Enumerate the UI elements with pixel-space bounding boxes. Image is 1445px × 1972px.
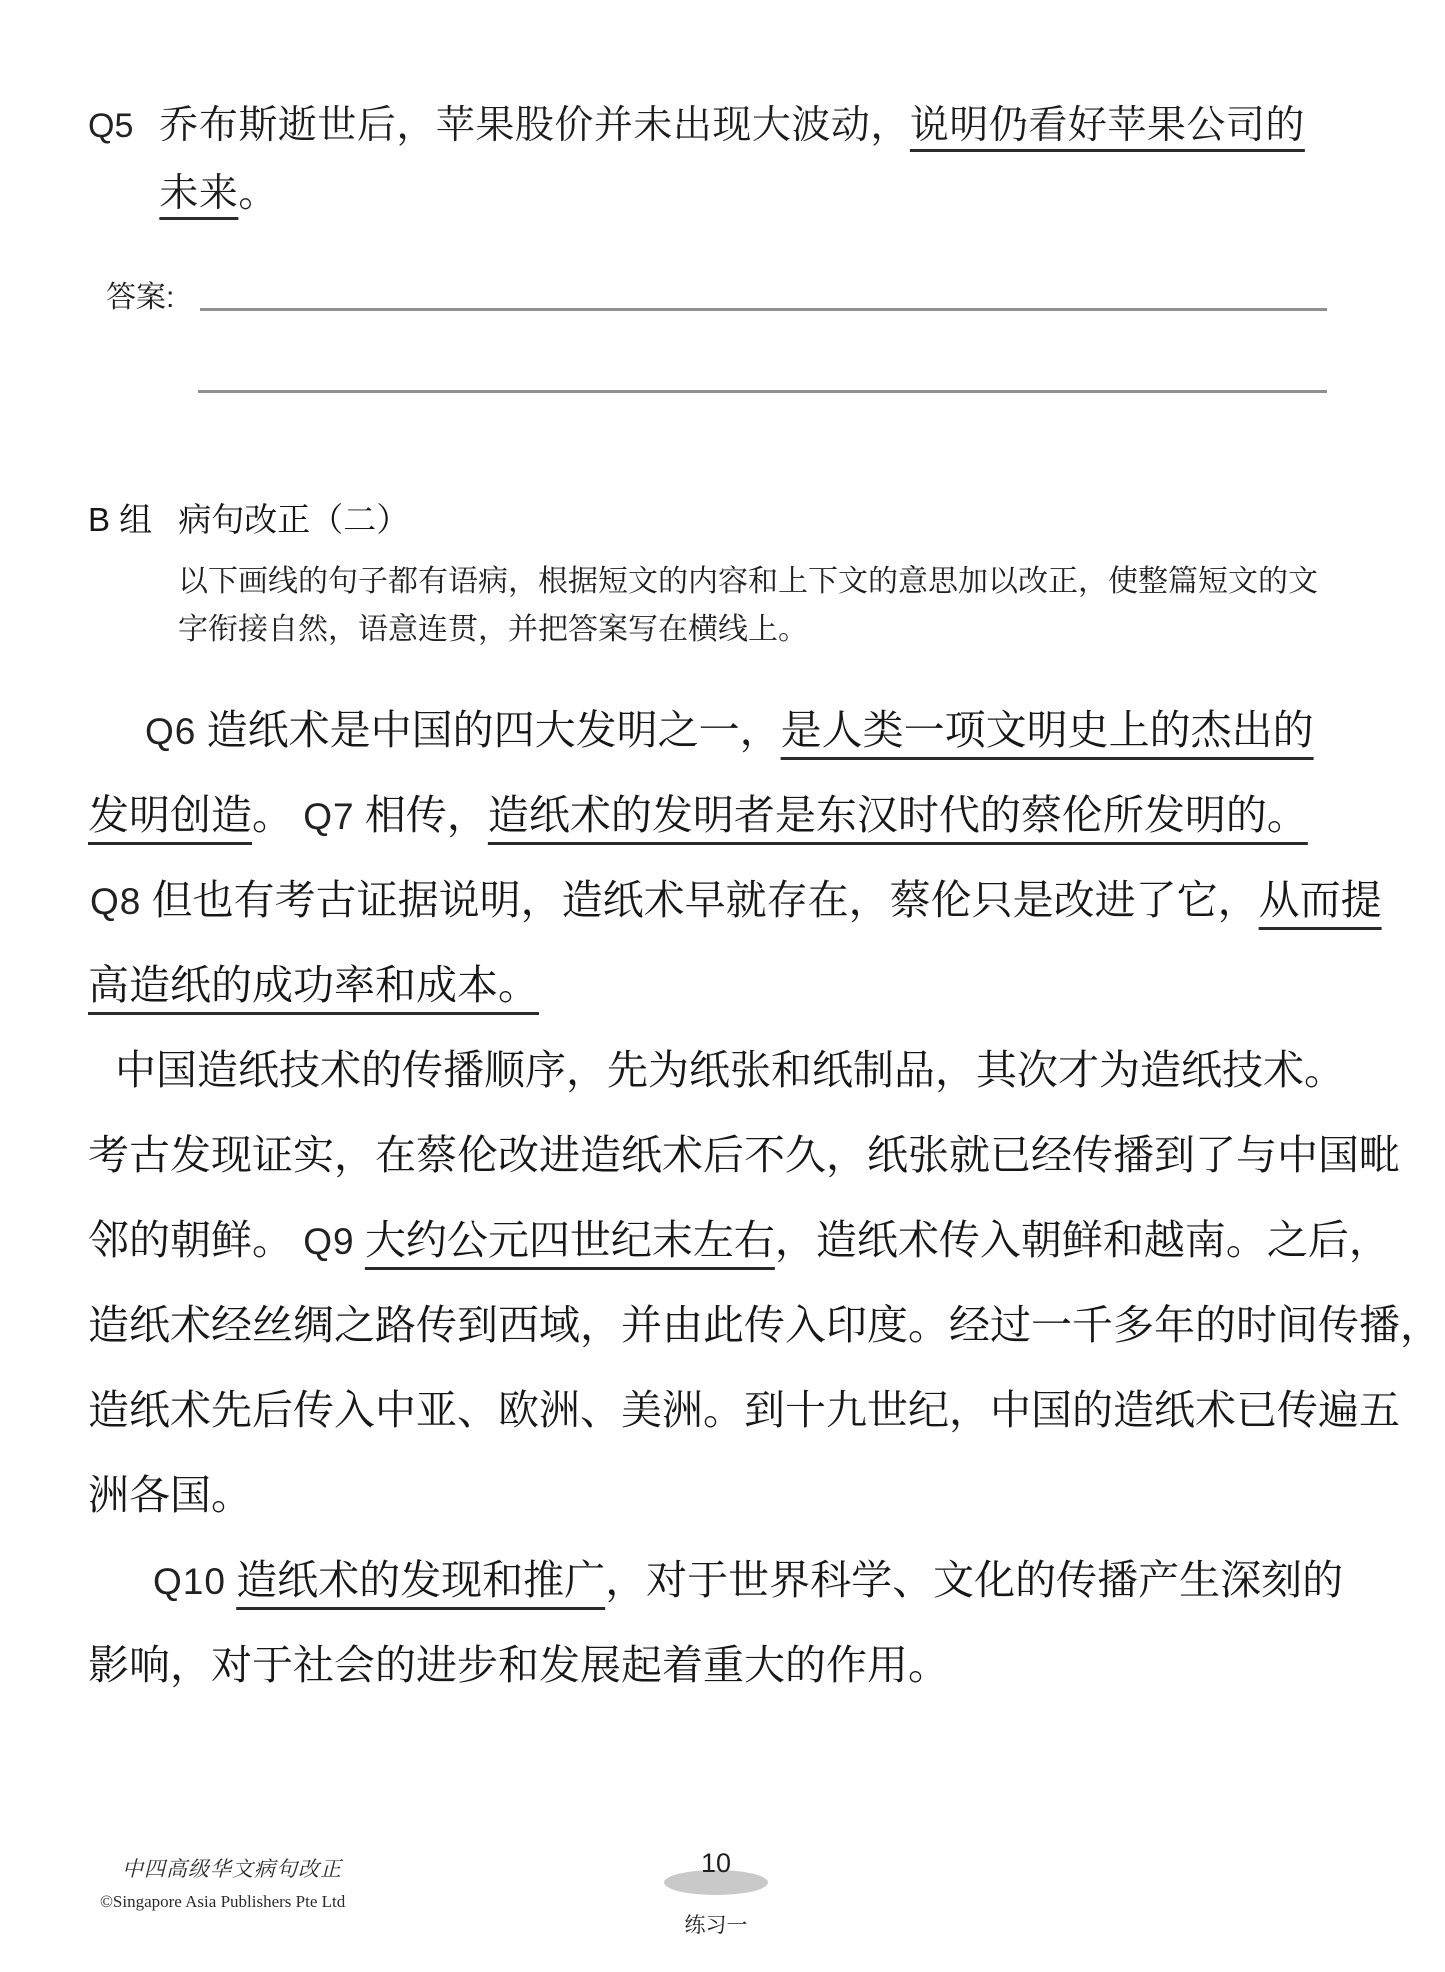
text-run: 中国造纸技术的传播顺序，先为纸张和纸制品，其次才为造纸技术。: [115, 1047, 1345, 1093]
text-run: 考古发现证实，在蔡伦改进造纸术后不久，纸张就已经传播到了与中国毗: [88, 1132, 1400, 1178]
question-q5: Q5 乔布斯逝世后，苹果股价并未出现大波动，说明仍看好苹果公司的未来。: [88, 92, 1338, 228]
text-run: ，造纸术传入朝鲜和越南。之后，: [775, 1217, 1390, 1263]
text-run: [226, 1557, 236, 1603]
text-line: 洲各国。: [88, 1453, 1368, 1538]
inline-question-label: Q9: [303, 1221, 354, 1262]
section-b-title: 病句改正（二）: [178, 494, 409, 541]
answer-label: 答案:: [106, 272, 174, 316]
worksheet-page: Q5 乔布斯逝世后，苹果股价并未出现大波动，说明仍看好苹果公司的未来。 答案: …: [0, 0, 1445, 1972]
text-run: 造纸术先后传入中亚、欧洲、美洲。到十九世纪，中国的造纸术已传遍五: [88, 1387, 1400, 1433]
text-line: 影响，对于社会的进步和发展起着重大的作用。: [88, 1623, 1368, 1708]
text-line: 乔布斯逝世后，苹果股价并未出现大波动，说明仍看好苹果公司的: [159, 92, 1305, 160]
underlined-phrase: 大约公元四世纪末左右: [365, 1217, 775, 1263]
text-line: 造纸术经丝绸之路传到西域，并由此传入印度。经过一千多年的时间传播，: [88, 1283, 1368, 1368]
footer-book-title: 中四高级华文病句改正: [122, 1853, 345, 1883]
text-line: Q10 造纸术的发现和推广，对于世界科学、文化的传播产生深刻的: [88, 1538, 1368, 1623]
footer-page-indicator: 10 练习一: [641, 1848, 791, 1939]
text-line: 未来。: [159, 160, 1305, 228]
footer-left: 中四高级华文病句改正 ©Singapore Asia Publishers Pt…: [100, 1853, 345, 1912]
underlined-phrase: 发明创造: [88, 792, 252, 838]
text-run: 造纸术经丝绸之路传到西域，并由此传入印度。经过一千多年的时间传播，: [88, 1302, 1441, 1348]
section-b-instructions: 以下画线的句子都有语病，根据短文的内容和上下文的意思加以改正，使整篇短文的文 字…: [178, 558, 1328, 654]
inline-question-label: Q6: [145, 711, 196, 752]
answer-blank-line[interactable]: [198, 390, 1327, 393]
text-line: 中国造纸技术的传播顺序，先为纸张和纸制品，其次才为造纸技术。: [88, 1028, 1368, 1113]
underlined-phrase: 造纸术的发明者是东汉时代的蔡伦所发明的。: [488, 792, 1308, 838]
text-run: 洲各国。: [88, 1472, 252, 1518]
exercise-label: 练习一: [641, 1909, 791, 1939]
text-run: 相传，: [355, 792, 488, 838]
text-line: 造纸术先后传入中亚、欧洲、美洲。到十九世纪，中国的造纸术已传遍五: [88, 1368, 1368, 1453]
text-run: 影响，对于社会的进步和发展起着重大的作用。: [88, 1642, 949, 1688]
underlined-phrase: 未来: [159, 172, 238, 215]
answer-blank-line[interactable]: [200, 308, 1327, 311]
text-line: 邻的朝鲜。 Q9 大约公元四世纪末左右，造纸术传入朝鲜和越南。之后，: [88, 1198, 1368, 1283]
footer-copyright: ©Singapore Asia Publishers Pte Ltd: [100, 1892, 345, 1912]
passage-text: Q6 造纸术是中国的四大发明之一，是人类一项文明史上的杰出的发明创造。 Q7 相…: [88, 688, 1368, 1708]
instruction-line: 字衔接自然，语意连贯，并把答案写在横线上。: [178, 606, 1328, 654]
text-run: 。: [238, 172, 278, 215]
text-run: ，对于世界科学、文化的传播产生深刻的: [605, 1557, 1343, 1603]
text-line: 发明创造。 Q7 相传，造纸术的发明者是东汉时代的蔡伦所发明的。: [88, 773, 1368, 858]
text-run: 但也有考古证据说明，造纸术早就存在，蔡伦只是改进了它，: [141, 877, 1258, 923]
text-line: Q6 造纸术是中国的四大发明之一，是人类一项文明史上的杰出的: [88, 688, 1368, 773]
text-run: [355, 1217, 365, 1263]
section-b-header: B 组 病句改正（二）: [88, 494, 409, 541]
text-run: 。: [252, 792, 303, 838]
text-run: 乔布斯逝世后，苹果股价并未出现大波动，: [159, 104, 910, 147]
underlined-phrase: 造纸术的发现和推广: [236, 1557, 605, 1603]
underlined-phrase: 说明仍看好苹果公司的: [910, 104, 1305, 147]
section-b-group-label: B 组: [88, 494, 152, 541]
instruction-line: 以下画线的句子都有语病，根据短文的内容和上下文的意思加以改正，使整篇短文的文: [178, 558, 1328, 606]
underlined-phrase: 高造纸的成功率和成本。: [88, 962, 539, 1008]
underlined-phrase: 是人类一项文明史上的杰出的: [781, 707, 1314, 753]
text-line: 考古发现证实，在蔡伦改进造纸术后不久，纸张就已经传播到了与中国毗: [88, 1113, 1368, 1198]
inline-question-label: Q10: [153, 1561, 226, 1602]
page-number: 10: [641, 1848, 791, 1879]
question-q5-label: Q5: [88, 92, 133, 160]
text-run: 造纸术是中国的四大发明之一，: [196, 707, 780, 753]
question-q5-text: 乔布斯逝世后，苹果股价并未出现大波动，说明仍看好苹果公司的未来。: [159, 92, 1305, 228]
text-line: Q8 但也有考古证据说明，造纸术早就存在，蔡伦只是改进了它，从而提: [88, 858, 1368, 943]
text-line: 高造纸的成功率和成本。: [88, 943, 1368, 1028]
text-run: 邻的朝鲜。: [88, 1217, 303, 1263]
underlined-phrase: 从而提: [1259, 877, 1382, 923]
inline-question-label: Q7: [303, 796, 354, 837]
inline-question-label: Q8: [90, 881, 141, 922]
